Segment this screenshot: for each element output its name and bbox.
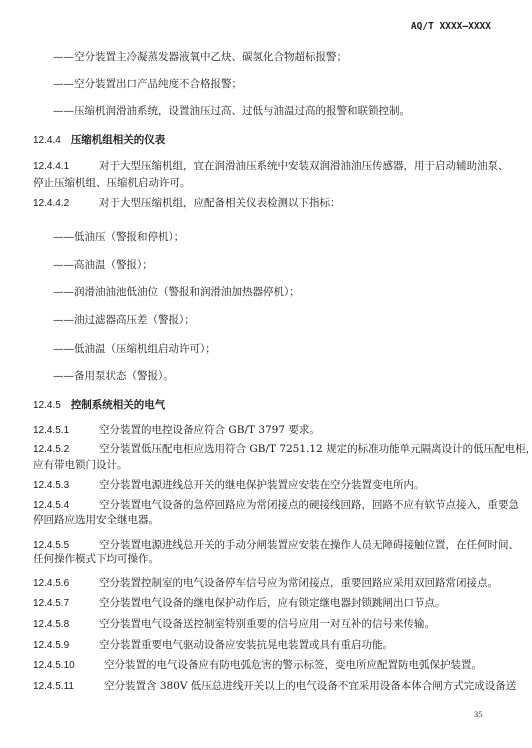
clause-12-4-5-4: 12.4.5.4空分装置电气设备的急停回路应为常闭接点的硬接线回路，回路不应有软… — [33, 498, 519, 513]
page-number: 35 — [474, 709, 483, 719]
list-item: ——压缩机润滑油系统，设置油压过高、过低与油温过高的报警和联锁控制。 — [53, 104, 410, 118]
clause-text: 空分装置的电控设备应符合 GB/T 3797 要求。 — [99, 424, 320, 436]
clause-12-4-5-10: 12.4.5.10空分装置的电气设备应有防电弧危害的警示标签，变电所应配置防电弧… — [33, 658, 482, 673]
section-number: 12.4.4 — [33, 134, 61, 148]
clause-12-4-4-1: 12.4.4.1对于大型压缩机组，宜在润滑油压系统中安装双润滑油油压传感器，用于… — [33, 159, 509, 174]
clause-number: 12.4.5.2 — [33, 443, 99, 457]
clause-12-4-5-7: 12.4.5.7空分装置电气设备的继电保护动作后，应有锁定继电器封锁跳闸出口节点… — [33, 596, 446, 611]
clause-12-4-5-8: 12.4.5.8空分装置电气设备送控制室特别重要的信号应用一对互补的信号来传输。 — [33, 617, 435, 632]
clause-text: 空分装置低压配电柜应选用符合 GB/T 7251.12 规定的标准功能单元隔离设… — [99, 443, 532, 455]
clause-text: 空分装置电气设备送控制室特别重要的信号应用一对互补的信号来传输。 — [99, 618, 435, 630]
clause-12-4-5-3: 12.4.5.3空分装置电源进线总开关的继电保护装置应安装在空分装置变电所内。 — [33, 478, 425, 493]
document-code-header: AQ/T XXXX—XXXX — [411, 21, 491, 32]
clause-text: 空分装置控制室的电气设备停车信号应为常闭接点，重要回路应采用双回路常闭接点。 — [99, 577, 498, 589]
section-heading-12-4-5: 12.4.5控制系统相关的电气 — [33, 398, 165, 413]
section-title: 压缩机组相关的仪表 — [71, 134, 166, 146]
clause-number: 12.4.4.1 — [33, 160, 99, 174]
clause-number: 12.4.5.3 — [33, 479, 99, 493]
indicator-item: ——高油温（警报）； — [53, 258, 153, 272]
indicator-item: ——润滑油油池低油位（警报和润滑油加热器停机）； — [53, 285, 300, 299]
clause-number: 12.4.5.1 — [33, 424, 99, 438]
clause-12-4-5-6: 12.4.5.6空分装置控制室的电气设备停车信号应为常闭接点，重要回路应采用双回… — [33, 576, 498, 591]
clause-text: 对于大型压缩机组，应配备相关仪表检测以下指标： — [99, 197, 341, 209]
section-title: 控制系统相关的电气 — [71, 399, 166, 411]
clause-text: 空分装置电气设备的继电保护动作后，应有锁定继电器封锁跳闸出口节点。 — [99, 597, 446, 609]
clause-12-4-5-5: 12.4.5.5空分装置电源进线总开关的手动分闸装置应安装在操作人员无障碍接触位… — [33, 538, 519, 553]
clause-12-4-4-2: 12.4.4.2对于大型压缩机组，应配备相关仪表检测以下指标： — [33, 196, 341, 211]
clause-text: 空分装置的电气设备应有防电弧危害的警示标签，变电所应配置防电弧保护装置。 — [104, 659, 482, 671]
clause-continuation: 停回路应选用安全继电器。 — [33, 513, 159, 527]
clause-text: 空分装置含 380V 低压总进线开关以上的电气设备不宜采用设备本体合闸方式完成设… — [104, 680, 516, 692]
clause-number: 12.4.5.6 — [33, 577, 99, 591]
clause-number: 12.4.5.9 — [33, 639, 99, 653]
clause-12-4-5-1: 12.4.5.1空分装置的电控设备应符合 GB/T 3797 要求。 — [33, 423, 320, 438]
clause-number: 12.4.5.5 — [33, 539, 99, 553]
indicator-item: ——备用泵状态（警报）。 — [53, 369, 174, 383]
clause-continuation: 停止压缩机组、压缩机启动许可。 — [33, 176, 191, 190]
section-number: 12.4.5 — [33, 399, 61, 413]
clause-12-4-5-9: 12.4.5.9空分装置重要电气驱动设备应安装抗晃电装置或具有重启功能。 — [33, 638, 393, 653]
clause-continuation: 应有带电锁门设计。 — [33, 458, 128, 472]
clause-number: 12.4.5.7 — [33, 597, 99, 611]
section-heading-12-4-4: 12.4.4压缩机组相关的仪表 — [33, 133, 165, 148]
clause-number: 12.4.5.4 — [33, 499, 99, 513]
clause-text: 空分装置电源进线总开关的手动分闸装置应安装在操作人员无障碍接触位置，在任何时间、 — [99, 539, 519, 551]
list-item: ——空分装置主冷凝蒸发器液氧中乙炔、碳氢化合物超标报警； — [53, 50, 347, 64]
indicator-item: ——低油压（警报和停机）； — [53, 230, 184, 244]
clause-number: 12.4.5.11 — [33, 680, 104, 694]
clause-continuation: 任何操作模式下均可操作。 — [33, 552, 159, 566]
indicator-item: ——低油温（压缩机组启动许可）； — [53, 342, 216, 356]
clause-number: 12.4.5.10 — [33, 659, 104, 673]
clause-12-4-5-2: 12.4.5.2空分装置低压配电柜应选用符合 GB/T 7251.12 规定的标… — [33, 442, 532, 457]
clause-number: 12.4.4.2 — [33, 197, 99, 211]
list-item: ——空分装置出口产品纯度不合格报警； — [53, 77, 242, 91]
clause-text: 对于大型压缩机组，宜在润滑油压系统中安装双润滑油油压传感器，用于启动辅助油泵、 — [99, 160, 509, 172]
indicator-item: ——油过滤器高压差（警报）； — [53, 313, 195, 327]
clause-text: 空分装置重要电气驱动设备应安装抗晃电装置或具有重启功能。 — [99, 639, 393, 651]
clause-text: 空分装置电源进线总开关的继电保护装置应安装在空分装置变电所内。 — [99, 479, 425, 491]
clause-text: 空分装置电气设备的急停回路应为常闭接点的硬接线回路，回路不应有软节点接入，重要急 — [99, 499, 519, 511]
clause-12-4-5-11: 12.4.5.11空分装置含 380V 低压总进线开关以上的电气设备不宜采用设备… — [33, 679, 516, 694]
clause-number: 12.4.5.8 — [33, 618, 99, 632]
